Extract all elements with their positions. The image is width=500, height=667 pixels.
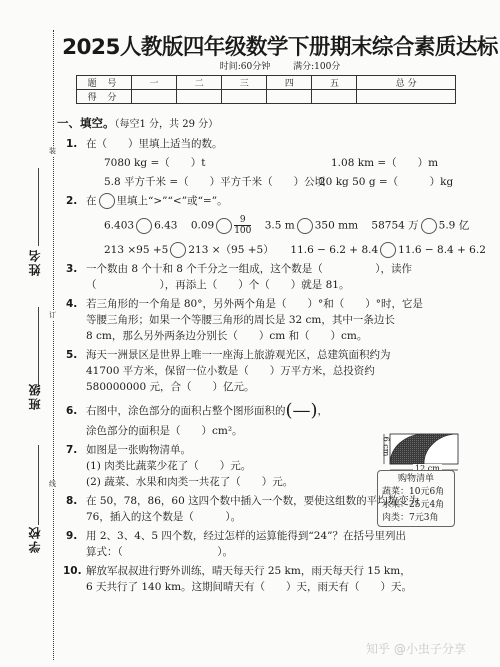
section-title: 一、填空。	[57, 116, 115, 130]
binding-dotted-line	[53, 30, 54, 660]
question-10: 10. 解放军叔叔进行野外训练，晴天每天行 25 km，雨天每天行 15 km，…	[72, 563, 490, 595]
compare-circle[interactable]	[297, 218, 313, 234]
school-label: 学校	[26, 525, 43, 553]
score-cell[interactable]	[222, 90, 267, 104]
q1-item-d[interactable]: 20 kg 50 g =（ ）kg	[319, 174, 453, 190]
header-cell: 总 分	[357, 76, 456, 90]
question-text: 海天一洲景区是世界上唯一一座海上旅游观光区，总建筑面积约为	[86, 347, 490, 363]
compare-circle[interactable]	[136, 218, 152, 234]
question-9: 9. 用 2、3、4、5 四个数，经过怎样的运算能得到“24”？在括号里列出 算…	[72, 528, 490, 560]
compare-circle[interactable]	[216, 218, 232, 234]
q1-row2: 5.8 平方千米 =（ ）平方千米（ ）公顷 20 kg 50 g =（ ）kg	[86, 174, 490, 190]
question-text: （ ），再添上（ ）个（ ）就是 81。	[86, 277, 490, 293]
score-cell[interactable]	[177, 90, 222, 104]
name-field-line[interactable]	[38, 168, 39, 246]
question-number: 3.	[66, 261, 77, 277]
question-1: 1. 在（ ）里填上适当的数。 7080 kg =（ ）t 1.08 km =（…	[72, 136, 490, 190]
page-title: 2025人教版四年级数学下册期末综合素质达标	[60, 30, 500, 61]
class-field-line[interactable]	[38, 307, 39, 387]
compare-circle[interactable]	[380, 242, 396, 258]
cmp-right: 6.43	[154, 220, 177, 232]
header-cell: 题 号	[77, 76, 132, 90]
q1-item-c[interactable]: 5.8 平方千米 =（ ）平方千米（ ）公顷	[104, 176, 325, 188]
question-text: 用 2、3、4、5 四个数，经过怎样的运算能得到“24”？在括号里列出	[86, 528, 490, 544]
section-heading: 一、填空。（每空1 分，共 29 分）	[57, 115, 490, 133]
score-cell[interactable]	[357, 90, 456, 104]
question-text: 解放军叔叔进行野外训练，晴天每天行 25 km，雨天每天行 15 km，	[86, 563, 490, 579]
cmp-left: 58754 万	[371, 220, 418, 232]
question-text: 在（ ）里填上适当的数。	[86, 136, 490, 152]
fraction-blank[interactable]: (—)	[286, 403, 318, 419]
cmp-right: 213 ×（95 +5）	[188, 244, 273, 256]
q1-item-b[interactable]: 1.08 km =（ ）m	[331, 155, 438, 171]
q6-text: 右图中，涂色部分的面积占整个图形面积的	[86, 405, 286, 417]
q1-item-a[interactable]: 7080 kg =（ ）t	[104, 157, 206, 169]
q2-row2: 213 ×95 +5213 ×（95 +5） 11.6 − 6.2 + 8.41…	[86, 242, 490, 258]
circle-icon	[99, 193, 115, 209]
q2-text-post: 里填上“>”“<”或“=”。	[117, 195, 228, 207]
shopping-list-title: 购物清单	[382, 473, 450, 486]
cmp-right: 350 mm	[315, 220, 358, 232]
header-cell: 二	[177, 76, 222, 90]
question-number: 7.	[66, 442, 77, 458]
question-number: 4.	[66, 296, 77, 312]
cmp-left: 213 ×95 +5	[104, 244, 168, 256]
shopping-list-item: 水果：25元4角	[382, 499, 450, 512]
question-text: 8 cm，那么另外两条边分别长（ ）cm 和（ ）cm。	[86, 328, 490, 344]
watermark: 知乎 @小虫子分享	[366, 640, 466, 657]
question-text: 算式：（ ）。	[86, 544, 490, 560]
cmp-left: 0.09	[191, 220, 214, 232]
question-5: 5. 海天一洲景区是世界上唯一一座海上旅游观光区，总建筑面积约为 41700 平…	[72, 347, 490, 395]
denominator: 100	[234, 226, 251, 236]
header-cell: 三	[222, 76, 267, 90]
question-text: 6 天共行了 140 km。这期间晴天有（ ）天，雨天有（ ）天。	[86, 579, 490, 595]
question-4: 4. 若三角形的一个角是 80°，另外两个角是（ ）°和（ ）°时，它是 等腰三…	[72, 296, 490, 344]
shopping-list-item: 蔬菜：10元6角	[382, 486, 450, 499]
score-label-cell: 得 分	[77, 90, 132, 104]
cmp-right: 5.9 亿	[439, 220, 470, 232]
question-number: 1.	[66, 136, 77, 152]
question-text: 右图中，涂色部分的面积占整个图形面积的(—)，	[86, 403, 490, 419]
header-cell: 四	[267, 76, 312, 90]
fig-height-label: 6 cm	[381, 437, 390, 457]
question-text: 若三角形的一个角是 80°，另外两个角是（ ）°和（ ）°时，它是	[86, 296, 490, 312]
compare-circle[interactable]	[170, 242, 186, 258]
score-table-score-row: 得 分	[77, 90, 456, 104]
q2-row1: 6.4036.43 0.099100 3.5 m350 mm 58754 万5.…	[86, 215, 490, 236]
question-number: 9.	[66, 528, 77, 544]
question-text: 在里填上“>”“<”或“=”。	[86, 193, 490, 209]
fraction: 9100	[234, 215, 251, 236]
cmp-left: 3.5 m	[265, 220, 295, 232]
q2-text-pre: 在	[86, 195, 97, 207]
cmp-left: 6.403	[104, 220, 134, 232]
bind-mark-xian: 线	[49, 480, 56, 489]
question-number: 6.	[66, 403, 77, 419]
question-text: 580000000 元，合（ ）亿元。	[86, 379, 490, 395]
question-text: 41700 平方米，保留一位小数是（ ）万平方米，总投资约	[86, 363, 490, 379]
question-2: 2. 在里填上“>”“<”或“=”。 6.4036.43 0.099100 3.…	[72, 193, 490, 258]
question-number: 5.	[66, 347, 77, 363]
header-cell: 五	[312, 76, 357, 90]
class-label: 班级	[26, 382, 43, 410]
question-number: 8.	[66, 493, 77, 509]
binding-margin: 装 订 线 姓名 班级 学校	[0, 0, 56, 667]
q1-row1: 7080 kg =（ ）t 1.08 km =（ ）m	[86, 155, 490, 171]
score-cell[interactable]	[132, 90, 177, 104]
school-field-line[interactable]	[38, 445, 39, 525]
question-text: 等腰三角形；如果一个等腰三角形的周长是 32 cm，其中一条边长	[86, 312, 490, 328]
cmp-left: 11.6 − 6.2 + 8.4	[290, 244, 378, 256]
question-number: 2.	[66, 193, 77, 209]
question-number: 10.	[63, 563, 82, 579]
q6-text-end: ，	[318, 405, 329, 417]
compare-circle[interactable]	[421, 218, 437, 234]
full-score: 满分:100分	[293, 62, 340, 72]
score-cell[interactable]	[312, 90, 357, 104]
score-table-header-row: 题 号 一 二 三 四 五 总 分	[77, 76, 456, 90]
header-cell: 一	[132, 76, 177, 90]
score-table: 题 号 一 二 三 四 五 总 分 得 分	[76, 75, 456, 104]
bind-mark-zhuang: 装	[49, 147, 56, 156]
score-cell[interactable]	[267, 90, 312, 104]
shopping-list: 购物清单 蔬菜：10元6角 水果：25元4角 肉类：7元3角	[377, 470, 455, 527]
bind-mark-ding: 订	[49, 311, 56, 320]
time-limit: 时间:60分钟	[220, 62, 271, 72]
question-3: 3. 一个数由 8 个十和 8 个千分之一组成，这个数是（ ），读作 （ ），再…	[72, 261, 490, 293]
name-label: 姓名	[26, 248, 43, 276]
cmp-right: 11.6 − 8.4 + 6.2	[398, 244, 486, 256]
exam-info: 时间:60分钟 满分:100分	[60, 59, 500, 72]
section-note: （每空1 分，共 29 分）	[115, 119, 219, 130]
question-text: 一个数由 8 个十和 8 个千分之一组成，这个数是（ ），读作	[86, 261, 490, 277]
shopping-list-item: 肉类：7元3角	[382, 512, 450, 525]
numerator: 9	[234, 215, 251, 226]
